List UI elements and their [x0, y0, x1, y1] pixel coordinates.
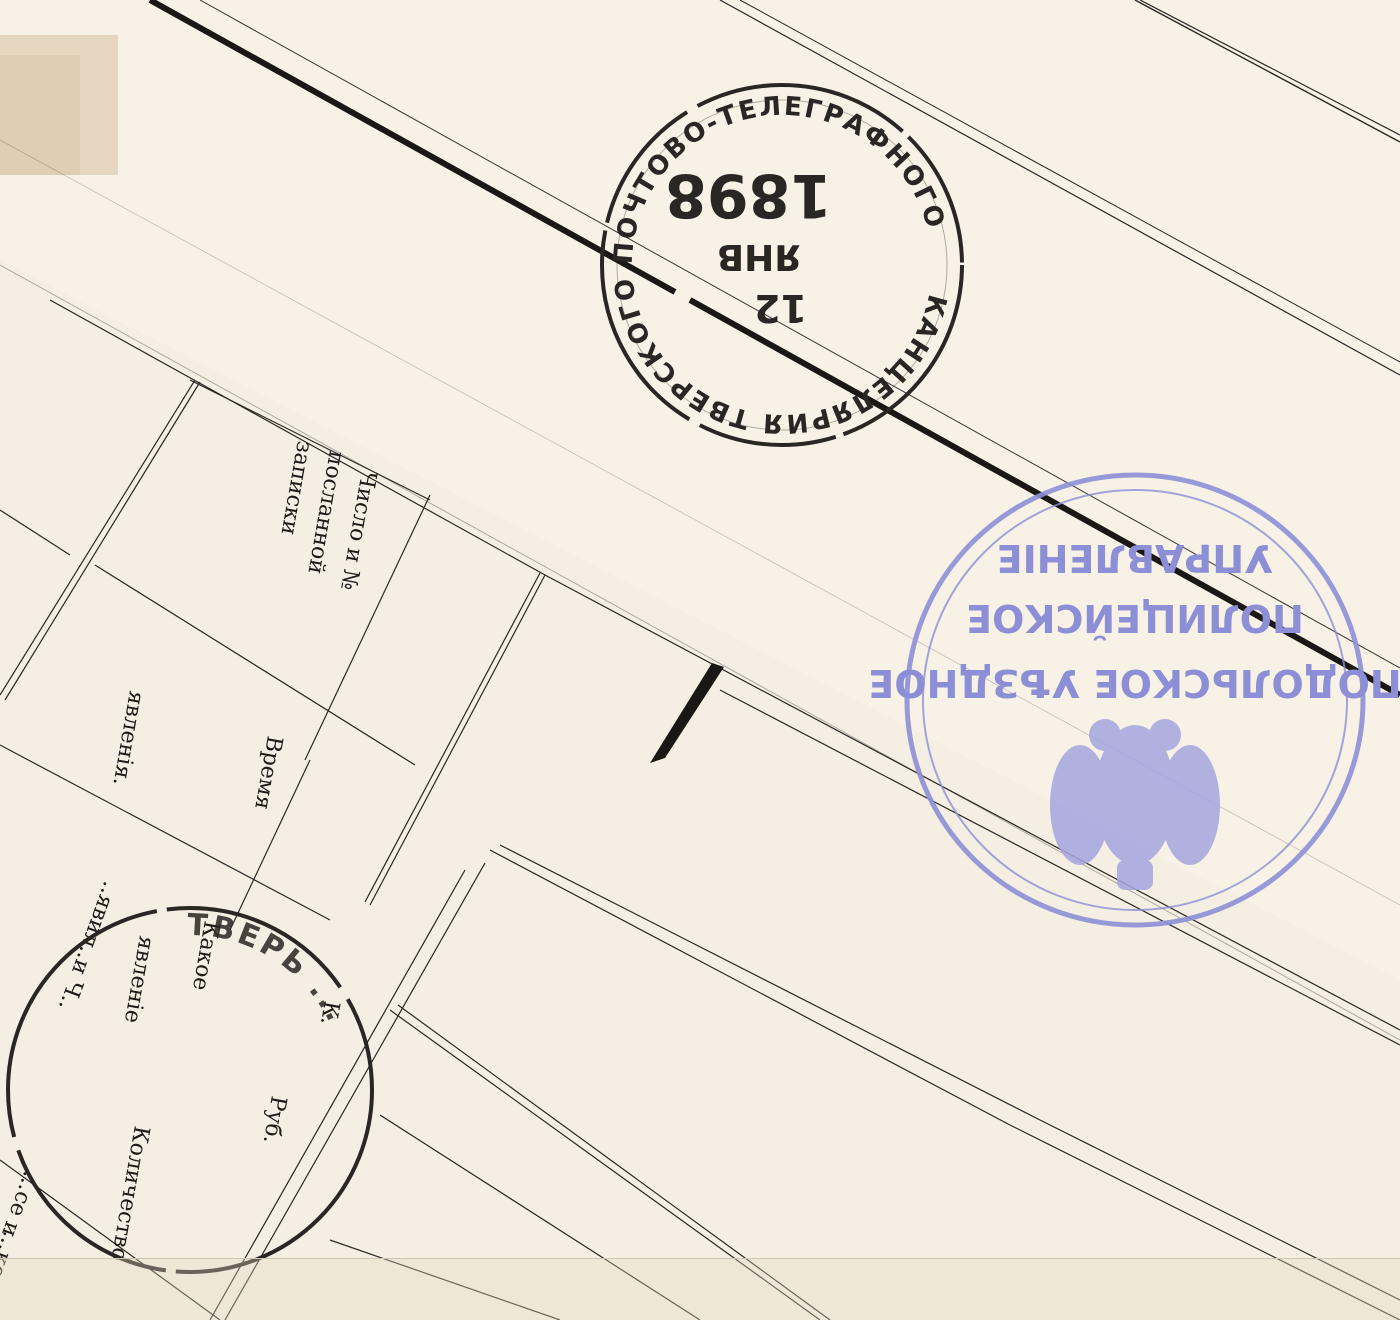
police-stamp-line3: УПРАВЛЕНІЕ [997, 536, 1274, 580]
tape-residue [0, 35, 118, 175]
postmark-top-month: ЯНВ [717, 236, 802, 277]
postmark-top-day: 12 [754, 286, 807, 330]
police-stamp-line1: ПОДОЛЬСКОЕ УѢЗДНОЕ [868, 661, 1400, 705]
scan-bottom-band [0, 1258, 1400, 1320]
document-scan: Число и № посланной записки Время явлені… [0, 0, 1400, 1320]
document-canvas: Число и № посланной записки Время явлені… [0, 0, 1400, 1320]
postmark-top-year: 1898 [665, 160, 832, 230]
police-stamp-line2: ПОЛИЦЕЙСКОЕ [966, 596, 1304, 640]
